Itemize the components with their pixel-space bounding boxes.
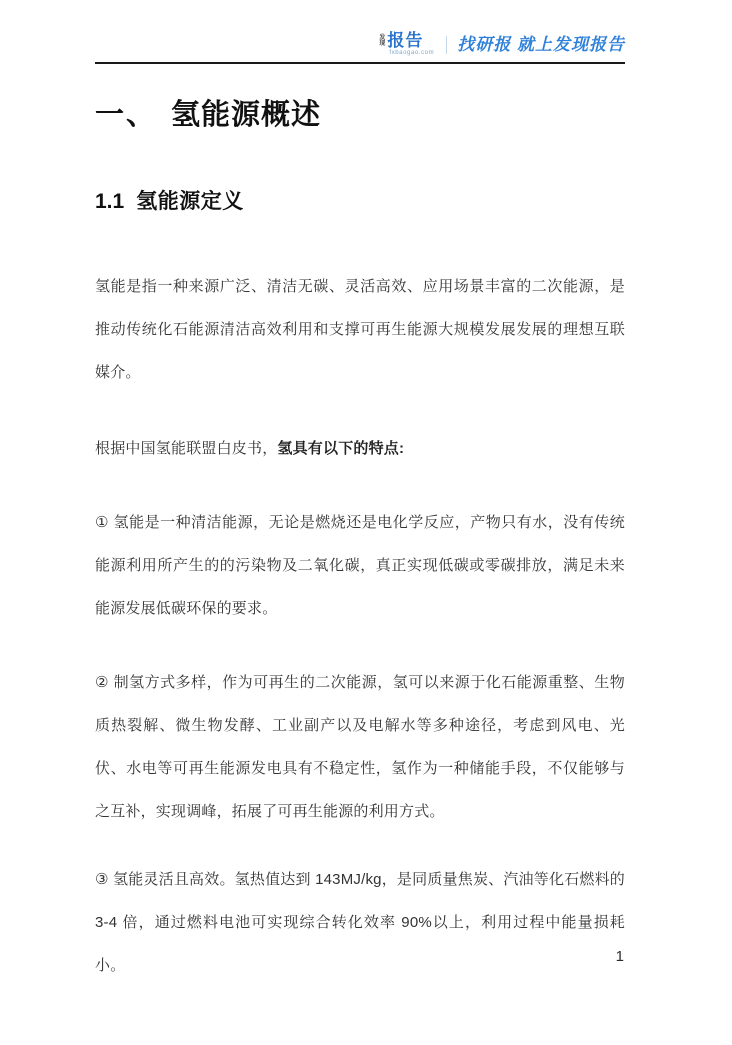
document-page: 发 现 报告 fxbaogao.com 找研报 就上发现报告 一、 氢能源概述 … [0,0,732,1045]
paragraph-point-1: ① 氢能是一种清洁能源，无论是燃烧还是电化学反应，产物只有水，没有传统能源利用所… [95,501,625,630]
page-header: 发 现 报告 fxbaogao.com 找研报 就上发现报告 [95,0,625,64]
paragraph-lead-in: 根据中国氢能联盟白皮书，氢具有以下的特点: [95,427,625,470]
section-heading: 1.1 氢能源定义 [95,188,625,216]
chapter-title: 氢能源概述 [171,95,321,135]
paragraph-intro: 氢能是指一种来源广泛、清洁无碳、灵活高效、应用场景丰富的二次能源，是推动传统化石… [95,265,625,394]
page-number: 1 [616,948,624,966]
page-content: 发 现 报告 fxbaogao.com 找研报 就上发现报告 一、 氢能源概述 … [95,0,625,987]
chapter-heading: 一、 氢能源概述 [95,95,625,135]
paragraph-point-2: ② 制氢方式多样，作为可再生的二次能源，氢可以来源于化石能源重整、生物质热裂解、… [95,661,625,833]
logo-stack-bottom: 现 [379,41,385,47]
logo-wordmark: 报告 [387,32,423,50]
logo-stack-text: 发 现 [379,35,385,47]
logo-mark-icon: 发 现 报告 [379,32,423,50]
fxbaogao-logo: 发 现 报告 fxbaogao.com [379,32,434,57]
logo-domain-text: fxbaogao.com [389,50,434,57]
lead-in-bold-text: 氢具有以下的特点: [277,440,404,457]
chapter-number: 一、 [95,95,157,135]
header-divider [446,36,447,54]
lead-in-normal-text: 根据中国氢能联盟白皮书， [95,440,277,457]
header-slogan: 找研报 就上发现报告 [457,34,625,56]
section-number: 1.1 [95,188,124,216]
section-title: 氢能源定义 [136,188,244,216]
paragraph-point-3: ③ 氢能灵活且高效。氢热值达到 143MJ/kg，是同质量焦炭、汽油等化石燃料的… [95,858,625,987]
